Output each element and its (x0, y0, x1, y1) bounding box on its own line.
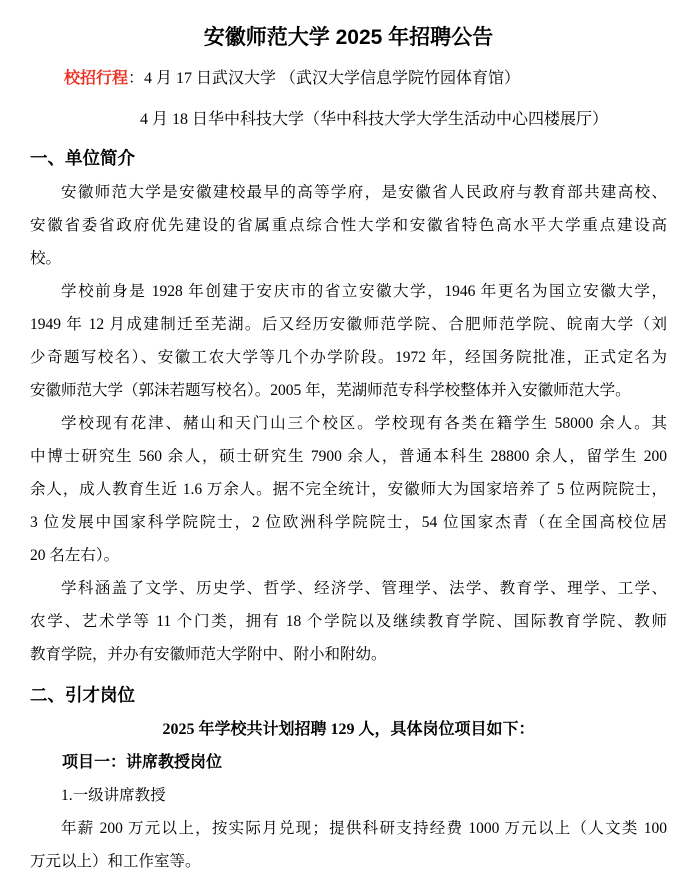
paragraph-line: 安徽师范大学是安徽建校最早的高等学府，是安徽省人民政府与教育部共建高校、 (30, 176, 667, 209)
post-1-detail: 年薪 200 万元以上，按实际月兑现；提供科研支持经费 1000 万元以上（人文… (30, 812, 667, 878)
paragraph-line: 农学、艺术学等 11 个门类，拥有 18 个学院以及继续教育学院、国际教育学院、… (30, 605, 667, 638)
paragraph-disciplines: 学科涵盖了文学、历史学、哲学、经济学、管理学、法学、教育学、理学、工学、 农学、… (30, 572, 667, 671)
schedule-colon: ： (128, 70, 144, 87)
paragraph-line: 万元以上）和工作室等。 (30, 845, 667, 878)
paragraph-line: 1949 年 12 月成建制迁至芜湖。后又经历安徽师范学院、合肥师范学院、皖南大… (30, 308, 667, 341)
paragraph-history: 学校前身是 1928 年创建于安庆市的省立安徽大学，1946 年更名为国立安徽大… (30, 275, 667, 407)
paragraph-line: 学校前身是 1928 年创建于安庆市的省立安徽大学，1946 年更名为国立安徽大… (30, 275, 667, 308)
paragraph-line: 学科涵盖了文学、历史学、哲学、经济学、管理学、法学、教育学、理学、工学、 (30, 572, 667, 605)
section-heading-unit-intro: 一、单位简介 (30, 146, 667, 170)
section-heading-positions: 二、引才岗位 (30, 683, 667, 707)
post-1-name: 1.一级讲席教授 (30, 779, 667, 812)
schedule-line-2-text: 4 月 18 日华中科技大学（华中科技大学大学生活动中心四楼展厅） (140, 111, 608, 128)
paragraph-line: 教育学院，并办有安徽师范大学附中、附小和附幼。 (30, 638, 667, 671)
page-title: 安徽师范大学 2025 年招聘公告 (30, 24, 667, 52)
paragraph-line: 少奇题写校名）、安徽工农大学等几个办学阶段。1972 年，经国务院批准，正式定名… (30, 341, 667, 374)
document-page: 安徽师范大学 2025 年招聘公告 校招行程：4 月 17 日武汉大学 （武汉大… (0, 0, 697, 891)
schedule-line-2: 4 月 18 日华中科技大学（华中科技大学大学生活动中心四楼展厅） (30, 99, 667, 140)
schedule-label: 校招行程 (64, 70, 128, 87)
recruit-plan-line: 2025 年学校共计划招聘 129 人，具体岗位项目如下： (30, 713, 667, 746)
paragraph-line: 年薪 200 万元以上，按实际月兑现；提供科研支持经费 1000 万元以上（人文… (30, 812, 667, 845)
paragraph-line: 3 位发展中国家科学院院士，2 位欧洲科学院院士，54 位国家杰青（在全国高校位… (30, 506, 667, 539)
paragraph-line: 校。 (30, 242, 667, 275)
schedule-line-1: 校招行程：4 月 17 日武汉大学 （武汉大学信息学院竹园体育馆） (30, 58, 667, 99)
paragraph-unit-intro-1: 安徽师范大学是安徽建校最早的高等学府，是安徽省人民政府与教育部共建高校、 安徽省… (30, 176, 667, 275)
paragraph-line: 安徽省委省政府优先建设的省属重点综合性大学和安徽省特色高水平大学重点建设高 (30, 209, 667, 242)
paragraph-line: 中博士研究生 560 余人，硕士研究生 7900 余人，普通本科生 28800 … (30, 440, 667, 473)
project-1-title: 项目一：讲席教授岗位 (30, 746, 667, 779)
paragraph-line: 学校现有花津、赭山和天门山三个校区。学校现有各类在籍学生 58000 余人。其 (30, 407, 667, 440)
paragraph-campus-students: 学校现有花津、赭山和天门山三个校区。学校现有各类在籍学生 58000 余人。其 … (30, 407, 667, 572)
schedule-line-1-text: 4 月 17 日武汉大学 （武汉大学信息学院竹园体育馆） (144, 70, 520, 87)
schedule-block: 校招行程：4 月 17 日武汉大学 （武汉大学信息学院竹园体育馆） 4 月 18… (30, 58, 667, 140)
paragraph-line: 20 名左右）。 (30, 539, 667, 572)
paragraph-line: 安徽师范大学（郭沫若题写校名）。2005 年，芜湖师范专科学校整体并入安徽师范大… (30, 374, 667, 407)
paragraph-line: 余人，成人教育生近 1.6 万余人。据不完全统计，安徽师大为国家培养了 5 位两… (30, 473, 667, 506)
